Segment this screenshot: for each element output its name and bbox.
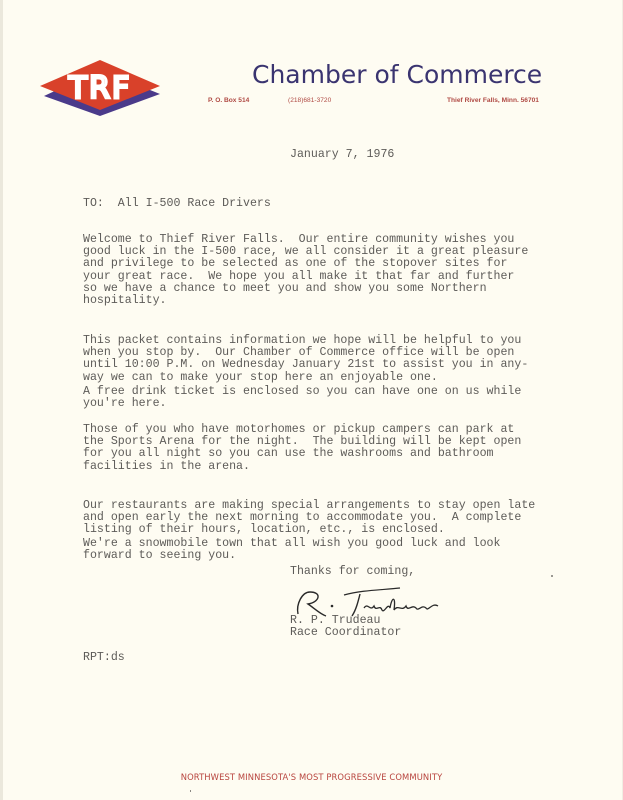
- paragraph-packet-info: This packet contains information we hope…: [83, 335, 528, 384]
- trf-logo-icon: TRF: [38, 58, 162, 116]
- footer-tagline: NORTHWEST MINNESOTA'S MOST PROGRESSIVE C…: [0, 772, 623, 782]
- paragraph-restaurants: Our restaurants are making special arran…: [83, 500, 535, 537]
- org-name: Chamber of Commerce: [252, 60, 542, 89]
- phone-number: (218)681-3720: [288, 97, 331, 104]
- letter-date: January 7, 1976: [290, 149, 394, 161]
- paper-speck: [551, 575, 553, 577]
- signer-name: R. P. Trudeau: [290, 614, 380, 627]
- paragraph-drink-ticket: A free drink ticket is enclosed so you c…: [83, 386, 521, 410]
- recipient-line: TO: All I-500 Race Drivers: [83, 198, 271, 210]
- svg-text:TRF: TRF: [68, 71, 131, 106]
- city-address: Thief River Falls, Minn. 56701: [447, 97, 539, 104]
- po-box: P. O. Box 514: [208, 97, 249, 104]
- typist-initials: RPT:ds: [83, 652, 125, 664]
- closing-line: Thanks for coming,: [290, 566, 415, 578]
- signer-block: R. P. Trudeau Race Coordinator: [290, 615, 401, 639]
- paper-speck: [190, 790, 191, 792]
- paragraph-closing-wish: We're a snowmobile town that all wish yo…: [83, 538, 500, 562]
- paragraph-parking: Those of you who have motorhomes or pick…: [83, 424, 521, 473]
- signer-title: Race Coordinator: [290, 626, 401, 639]
- paragraph-welcome: Welcome to Thief River Falls. Our entire…: [83, 234, 528, 307]
- letter-page: TRF Chamber of Commerce P. O. Box 514 (2…: [0, 0, 623, 800]
